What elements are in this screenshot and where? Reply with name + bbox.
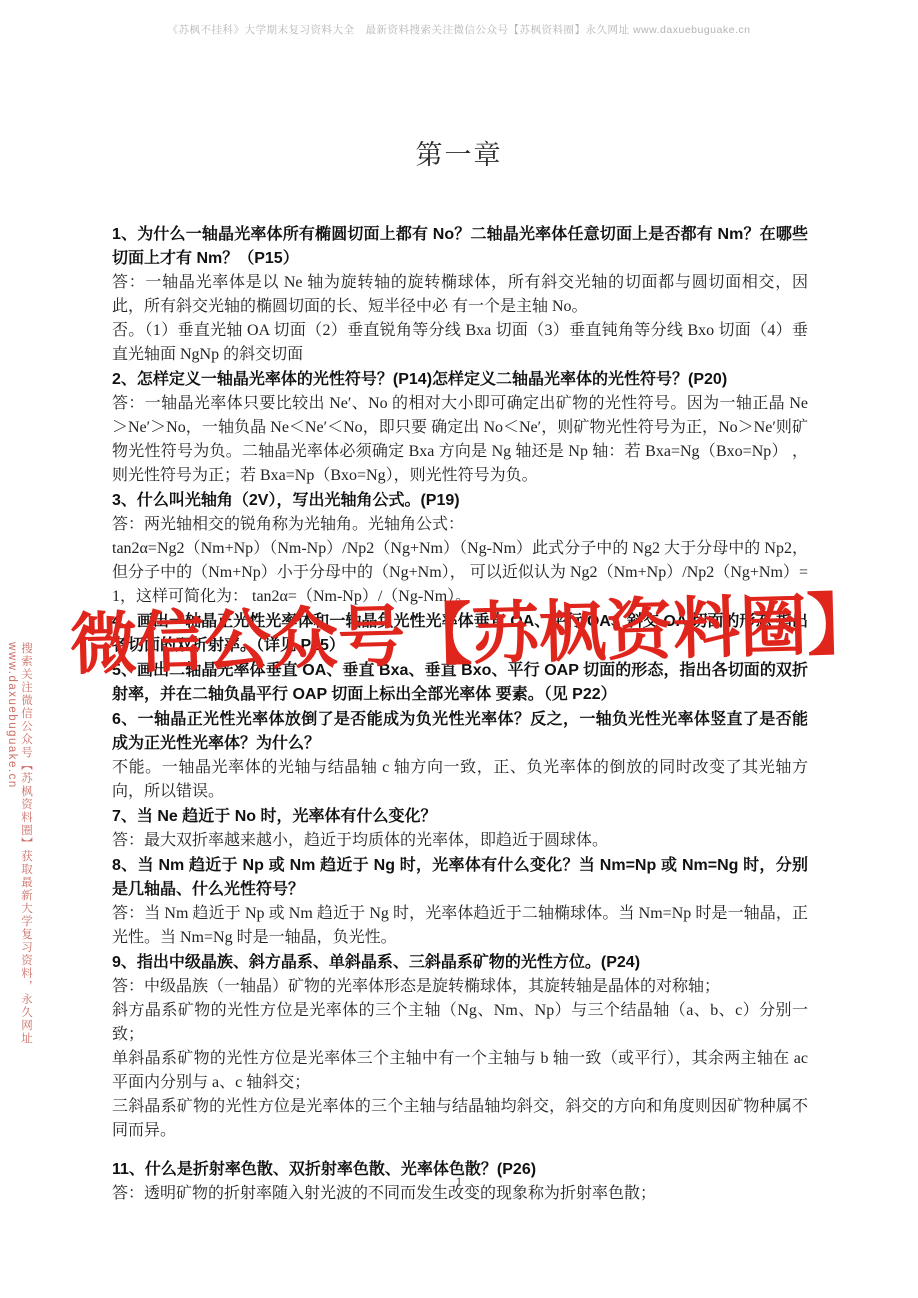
page-header-text: 《苏枫不挂科》大学期末复习资料大全 最新资料搜索关注微信公众号【苏枫资料圈】永久… bbox=[0, 22, 918, 37]
answer-paragraph: 答：一轴晶光率体只要比较出 Ne′、No 的相对大小即可确定出矿物的光性符号。因… bbox=[112, 392, 808, 488]
answer-paragraph: 三斜晶系矿物的光性方位是光率体的三个主轴与结晶轴均斜交，斜交的方向和角度则因矿物… bbox=[112, 1095, 808, 1143]
question-paragraph: 8、当 Nm 趋近于 Np 或 Nm 趋近于 Ng 时，光率体有什么变化？当 N… bbox=[112, 854, 808, 902]
question-paragraph: 6、一轴晶正光性光率体放倒了是否能成为负光性光率体？反之，一轴负光性光率体竖直了… bbox=[112, 708, 808, 756]
question-paragraph: 2、怎样定义一轴晶光率体的光性符号？(P14)怎样定义二轴晶光率体的光性符号？(… bbox=[112, 368, 808, 392]
answer-paragraph: 答：当 Nm 趋近于 Np 或 Nm 趋近于 Ng 时，光率体趋近于二轴椭球体。… bbox=[112, 902, 808, 950]
answer-paragraph: 答：最大双折率越来越小，趋近于均质体的光率体，即趋近于圆球体。 bbox=[112, 829, 808, 853]
answer-paragraph: 单斜晶系矿物的光性方位是光率体三个主轴中有一个主轴与 b 轴一致（或平行），其余… bbox=[112, 1047, 808, 1095]
question-paragraph: 1、为什么一轴晶光率体所有椭圆切面上都有 No？二轴晶光率体任意切面上是否都有 … bbox=[112, 223, 808, 271]
question-paragraph: 9、指出中级晶族、斜方晶系、单斜晶系、三斜晶系矿物的光性方位。(P24) bbox=[112, 951, 808, 975]
answer-paragraph: 答：一轴晶光率体是以 Ne 轴为旋转轴的旋转椭球体，所有斜交光轴的切面都与圆切面… bbox=[112, 271, 808, 319]
answer-paragraph: 斜方晶系矿物的光性方位是光率体的三个主轴（Ng、Nm、Np）与三个结晶轴（a、b… bbox=[112, 999, 808, 1047]
question-paragraph: 3、什么叫光轴角（2V），写出光轴角公式。(P19) bbox=[112, 489, 808, 513]
page-number: 1 bbox=[0, 1174, 918, 1190]
paragraph-spacer bbox=[112, 1143, 808, 1157]
answer-paragraph: 不能。一轴晶光率体的光轴与结晶轴 c 轴方向一致，正、负光率体的倒放的同时改变了… bbox=[112, 756, 808, 804]
chapter-title: 第一章 bbox=[0, 133, 918, 172]
document-body: 1、为什么一轴晶光率体所有椭圆切面上都有 No？二轴晶光率体任意切面上是否都有 … bbox=[112, 222, 808, 1206]
document-page: 《苏枫不挂科》大学期末复习资料大全 最新资料搜索关注微信公众号【苏枫资料圈】永久… bbox=[0, 0, 918, 1298]
answer-paragraph: 答：两光轴相交的锐角称为光轴角。光轴角公式： bbox=[112, 513, 808, 537]
answer-paragraph: 否。（1）垂直光轴 OA 切面（2）垂直锐角等分线 Bxa 切面（3）垂直钝角等… bbox=[112, 319, 808, 367]
side-vertical-watermark: 搜索关注微信公众号【苏枫资料圈】获取最新大学复习资料，永久网址 www.daxu… bbox=[6, 642, 34, 1142]
answer-paragraph: 答：中级晶族（一轴晶）矿物的光率体形态是旋转椭球体，其旋转轴是晶体的对称轴； bbox=[112, 975, 808, 999]
question-paragraph: 7、当 Ne 趋近于 No 时，光率体有什么变化？ bbox=[112, 805, 808, 829]
